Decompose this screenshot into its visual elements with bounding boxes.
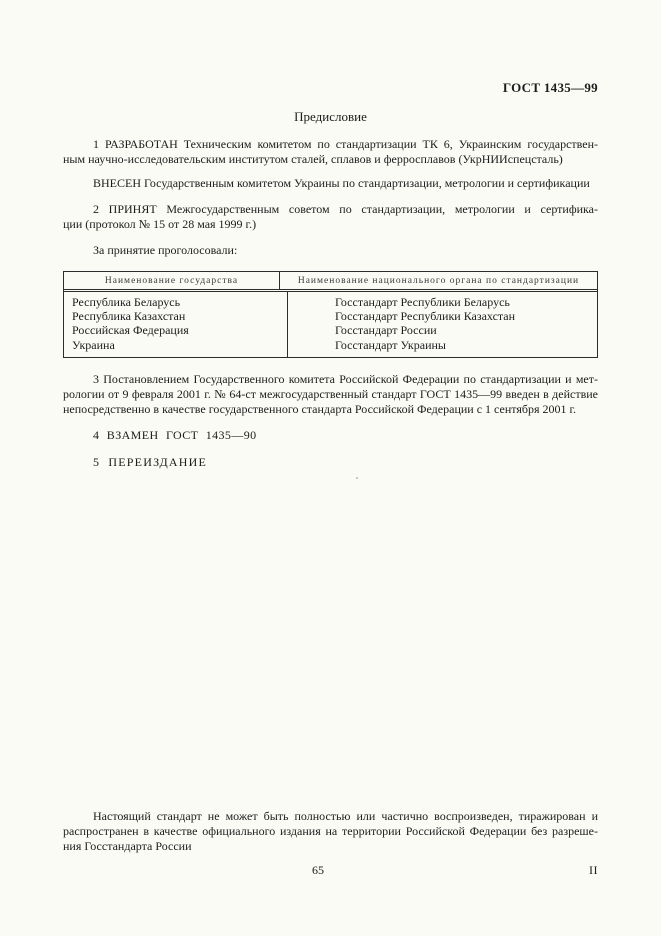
header-cell-state-label: Наименование государства	[103, 274, 240, 288]
text-line: 1 РАЗРАБОТАН Техническим комитетом по ст…	[63, 137, 598, 152]
voting-table-body: Республика Беларусь Республика Казахстан…	[64, 292, 597, 357]
text-line: 5 ПЕРЕИЗДАНИЕ	[63, 455, 598, 470]
paragraph-vzamen: 4 ВЗАМЕН ГОСТ 1435—90	[63, 428, 598, 443]
text-line: 4 ВЗАМЕН ГОСТ 1435—90	[63, 428, 598, 443]
text-line: За принятие проголосовали:	[63, 243, 598, 258]
text-line: непосредственно в качестве государственн…	[63, 402, 598, 417]
paragraph-pereizdanie: 5 ПЕРЕИЗДАНИЕ	[63, 455, 598, 470]
org-cell: Госстандарт России	[335, 323, 597, 337]
paragraph-postanovlenie: 3 Постановлением Государственного комите…	[63, 372, 598, 417]
org-cell: Госстандарт Украины	[335, 338, 597, 352]
text-line: ции (протокол № 15 от 28 мая 1999 г.)	[63, 217, 598, 232]
paragraph-vote-intro: За принятие проголосовали:	[63, 243, 598, 258]
state-cell: Украина	[72, 338, 287, 352]
scan-artifact-dot	[356, 477, 358, 479]
org-cell: Госстандарт Республики Казахстан	[335, 309, 597, 323]
state-cell: Российская Федерация	[72, 323, 287, 337]
doc-code-header: ГОСТ 1435—99	[63, 80, 598, 96]
paragraph-razrabotan: 1 РАЗРАБОТАН Техническим комитетом по ст…	[63, 137, 598, 167]
text-line: ВНЕСЕН Государственным комитетом Украины…	[63, 176, 598, 191]
page-number: 65	[300, 863, 336, 878]
copyright-notice: Настоящий стандарт не может быть полност…	[63, 809, 598, 854]
state-cell: Республика Казахстан	[72, 309, 287, 323]
page-footer: 65 II	[63, 863, 598, 879]
state-cell: Республика Беларусь	[72, 295, 287, 309]
text-line: 2 ПРИНЯТ Межгосударственным советом по с…	[63, 202, 598, 217]
text-line: ния Госстандарта России	[63, 839, 598, 854]
text-line: 3 Постановлением Государственного комите…	[63, 372, 598, 387]
text-line: Настоящий стандарт не может быть полност…	[63, 809, 598, 824]
org-column: Госстандарт Республики Беларусь Госстанд…	[288, 292, 597, 357]
header-cell-org-label: Наименование национального органа по ста…	[296, 274, 581, 288]
voting-table-header-row: Наименование государства Наименование на…	[64, 272, 597, 292]
sheet-number: II	[589, 863, 598, 878]
text-line: рологии от 9 февраля 2001 г. № 64-ст меж…	[63, 387, 598, 402]
header-cell-state: Наименование государства	[64, 272, 280, 289]
header-cell-org: Наименование национального органа по ста…	[280, 272, 597, 289]
text-line: ным научно-исследовательским институтом …	[63, 152, 598, 167]
scanned-document-page: ГОСТ 1435—99 Предисловие 1 РАЗРАБОТАН Те…	[0, 0, 661, 936]
paragraph-vnesen: ВНЕСЕН Государственным комитетом Украины…	[63, 176, 598, 191]
org-cell: Госстандарт Республики Беларусь	[335, 295, 597, 309]
voting-table: Наименование государства Наименование на…	[63, 271, 598, 358]
state-column: Республика Беларусь Республика Казахстан…	[64, 292, 288, 357]
paragraph-prinyat: 2 ПРИНЯТ Межгосударственным советом по с…	[63, 202, 598, 232]
text-line: распространен в качестве официального из…	[63, 824, 598, 839]
page-title: Предисловие	[63, 109, 598, 125]
